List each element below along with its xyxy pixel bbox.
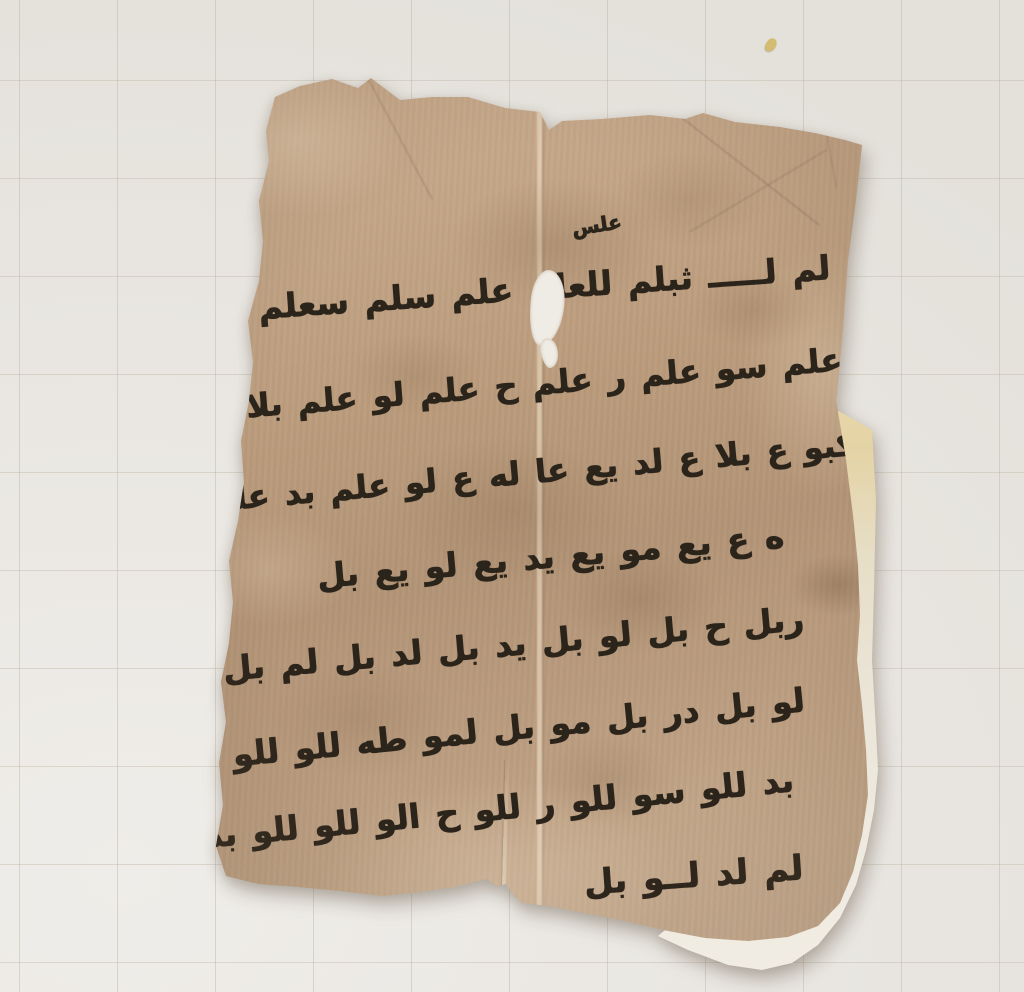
script-line-5: ربل ح بل لو بل يد بل لد بل لم بل bbox=[230, 601, 806, 687]
crease-line bbox=[815, 70, 838, 189]
crease-line bbox=[361, 66, 433, 199]
script-line-7: بد للو سو للو ر للو ح الو للو للو بد للو bbox=[215, 762, 796, 854]
crease-line bbox=[670, 108, 821, 227]
header-mark: علس bbox=[541, 211, 623, 244]
script-line-3: كبو ع بلا ع لد يع عا له ع لو علم بد علم bbox=[236, 427, 857, 516]
script-line-4: ه ع يع مو يع يد يع لو يع بل bbox=[239, 518, 785, 602]
script-line-8-partial: لم لد لــو بل bbox=[233, 850, 804, 927]
bottom-tear-split bbox=[501, 760, 510, 936]
script-line-6: لو بل در بل مو بل لمو طه للو للو bbox=[226, 682, 807, 774]
fragment-shadow-wrap: علس لم لـــــ ثبلم للعلم علم سلم سعلم لل… bbox=[0, 0, 1024, 992]
manuscript-fragment: علس لم لـــــ ثبلم للعلم علم سلم سعلم لل… bbox=[210, 70, 880, 970]
crease-line bbox=[689, 149, 827, 233]
